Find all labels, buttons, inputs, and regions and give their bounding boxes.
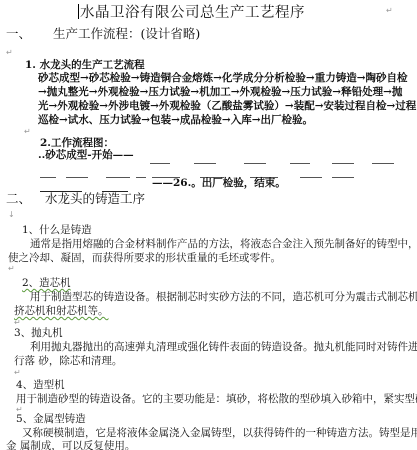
subsection-line: 用于制造型芯的铸造设备。根据制芯时实砂方法的不同，造芯机可分为震击式制芯机、 [30, 289, 417, 304]
subsection-line: 通常是指用熔融的合金材料制作产品的方法，将液态合金注入预先制备好的铸型中， [30, 236, 417, 251]
flowchart-end: ——26.。出厂检验，结束。 [152, 175, 286, 190]
section1-heading: 一、 生产工作流程：(设计省略) [6, 24, 200, 42]
subsection-heading: 4、造型机 [16, 377, 65, 392]
subsection-line: 金 属制成，可以反复使用。 [6, 438, 135, 450]
subsection-line: 行落 砂，除芯和清理。 [14, 353, 122, 368]
section2-number: 二、 [6, 191, 31, 206]
paragraph-mark-icon: ↵ [14, 368, 21, 377]
line-text: 挤芯机和射芯机等。 [14, 305, 109, 317]
subsection-heading: 1、什么是铸造 [22, 222, 92, 237]
paragraph-mark-icon: ↓ [8, 210, 15, 219]
paragraph-mark-icon: ↵ [386, 6, 393, 15]
section2-title: 水龙头的铸造工序 [45, 191, 145, 206]
section2-heading: 二、 水龙头的铸造工序 [6, 189, 145, 207]
document-title: 水晶卫浴有限公司总生产工艺程序 [78, 1, 305, 22]
subsection-line: 使之冷却、凝固，而获得所要求的形状重量的毛坯或零件。 [8, 250, 281, 265]
item1-line: 光→外观检验→外涉电镀→外观检验（乙酸盐雾试验）→装配→安装过程自检→过程 [38, 98, 416, 113]
heading-text: 2、造芯机 [22, 277, 71, 289]
paragraph-mark-icon: ↵ [8, 264, 15, 273]
subsection-heading: 3、抛丸机 [14, 325, 63, 340]
item1-line: 砂芯成型→砂芯检验→铸造铜合金熔炼→化学成分分析检验→重力铸造→陶砂自检 [38, 70, 408, 85]
text-cursor [78, 4, 79, 19]
section1-number: 一、 [6, 26, 31, 41]
title-text: 水晶卫浴有限公司总生产工艺程序 [80, 5, 305, 21]
item1-line: →抛丸整光→外观检验→压力试验→机加工→外观检验→压力试验→释铅处理→抛 [38, 84, 402, 99]
subsection-heading: 2、造芯机 [22, 275, 71, 290]
item1-line: 巡检→试水、压力试验→包装→成品检验→入库→出厂检验。 [38, 112, 313, 127]
paragraph-mark-icon: ↵ [6, 48, 13, 57]
paragraph-mark-icon: ↵ [24, 127, 31, 136]
section1-title: 生产工作流程：(设计省略) [53, 26, 200, 41]
subsection-line: 用于制造砂型的铸造设备。它的主要功能是：填砂，将松散的型砂填入砂箱中，紧实型砂。 [16, 391, 417, 406]
subsection-heading: 5、金属型铸造 [16, 411, 86, 426]
subsection-line: 利用抛丸器抛出的高速弹丸清理或强化铸件表面的铸造设备。抛丸机能同时对铸件进 [30, 339, 417, 354]
subsection-line: 挤芯机和射芯机等。 [14, 303, 109, 318]
flowchart-start: ..砂芯成型-开始—— [38, 147, 134, 162]
